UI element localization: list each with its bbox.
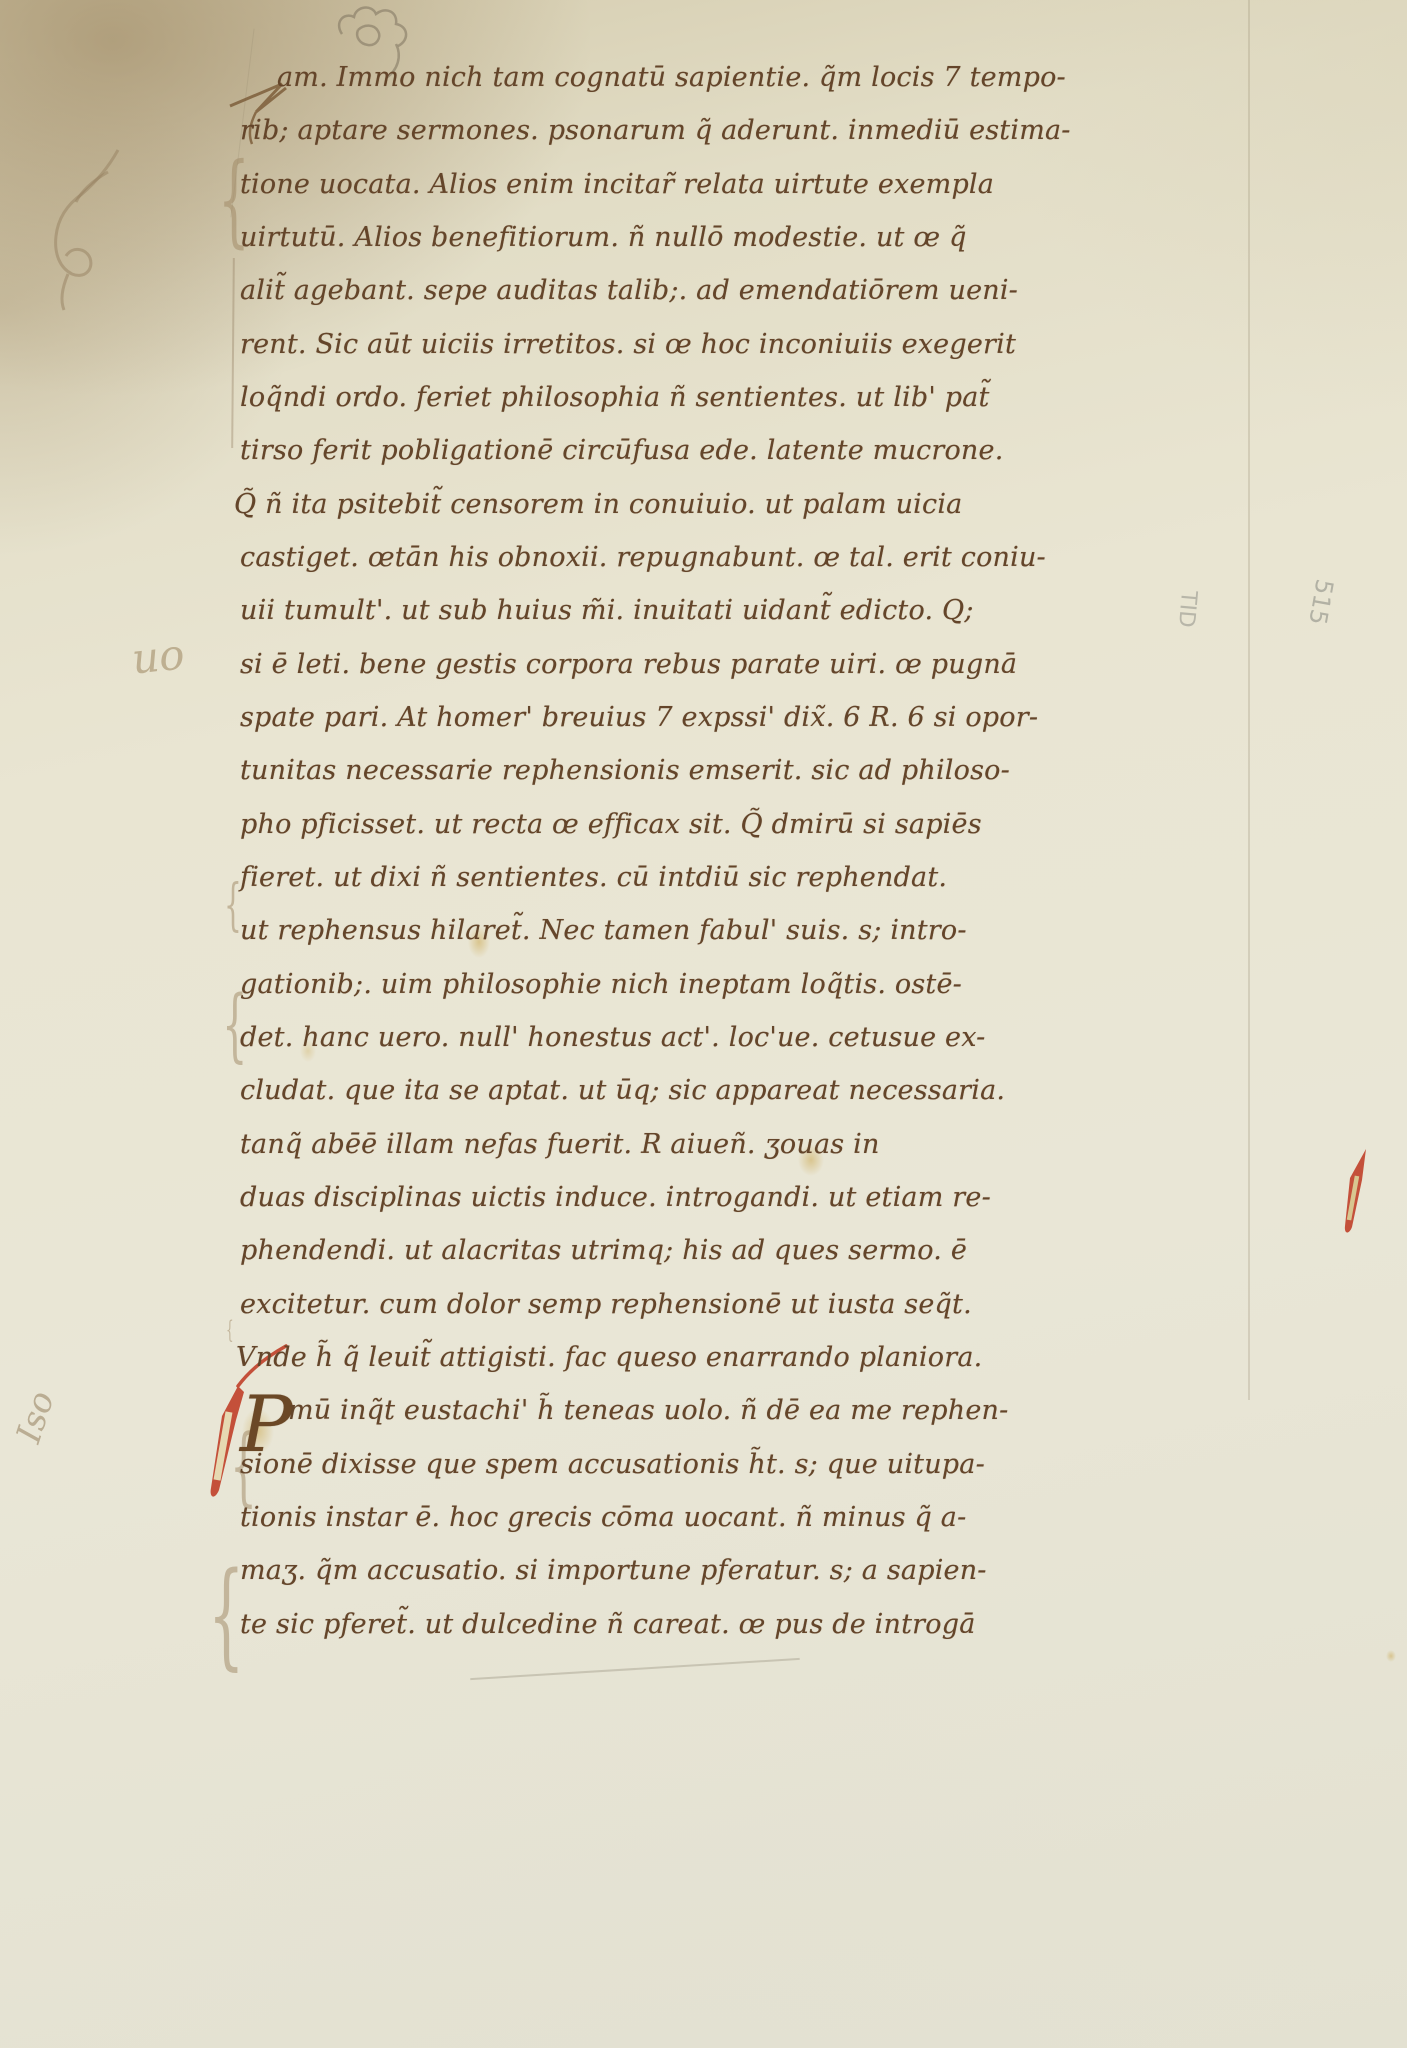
text-line: pho pficisset. ut recta œ efficax sit. Q…: [240, 811, 982, 838]
text-line: uirtutū. Alios benefitiorum. ñ nullō mod…: [240, 224, 967, 251]
text-line: excitetur. cum dolor semp rephensionē ut…: [240, 1291, 972, 1318]
pencil-note-inner: TID: [1174, 590, 1199, 629]
text-line: fieret. ut dixi ñ sentientes. cū intdiū …: [240, 864, 947, 891]
text-line: tirso ferit pobligationē circūfusa ede. …: [240, 437, 1003, 464]
red-paragraph-flag-right: [1340, 1146, 1370, 1241]
text-line: rib; aptare sermones. psonarum q̃ aderun…: [240, 117, 1071, 144]
text-line: uii tumult'. ut sub huius m̃i. inuitati …: [240, 597, 974, 624]
pencil-note-outer: 515: [1305, 577, 1337, 626]
text-line: maʒ. q̃m accusatio. si importune pferatu…: [240, 1557, 987, 1584]
text-line: ut rephensus hilaret̃. Nec tamen fabul' …: [240, 917, 967, 944]
text-line: rent. Sic aūt uiciis irretitos. si œ hoc…: [240, 331, 1016, 358]
text-line: am. Immo nich tam cognatū sapientie. q̃m…: [277, 64, 1066, 91]
left-margin-scribble: uo: [130, 633, 186, 680]
text-line: mū inq̃t eustachi' h̃ teneas uolo. ñ dē …: [288, 1397, 1008, 1424]
text-line: spate pari. At homer' breuius 7 expssi' …: [240, 704, 1038, 731]
text-line: te sic pferet̃. ut dulcedine ñ careat. œ…: [240, 1611, 976, 1638]
vertical-crease: [1248, 0, 1250, 1400]
text-line: sionē dixisse que spem accusationis h̃t.…: [240, 1451, 985, 1478]
text-line: Q̃ ñ ita psitebit̃ censorem in conuiuio.…: [234, 491, 962, 518]
text-line: gationib;. uim philosophie nich ineptam …: [240, 971, 962, 998]
text-line: si ē leti. bene gestis corpora rebus par…: [240, 651, 1017, 678]
text-line: phendendi. ut alacritas utrimq; his ad q…: [240, 1237, 967, 1264]
text-line: tione uocata. Alios enim incitar̃ relata…: [240, 171, 994, 198]
ink-stain: [1386, 1650, 1396, 1662]
text-line: duas disciplinas uictis induce. introgan…: [240, 1184, 991, 1211]
text-line: tunitas necessarie rephensionis emserit.…: [240, 757, 1010, 784]
manuscript-page: { { { { { { uo Iso TID 515 P am. Immo ni…: [0, 0, 1407, 2048]
bottom-left-scribble: Iso: [12, 1387, 60, 1446]
text-line: det. hanc uero. null' honestus act'. loc…: [240, 1024, 986, 1051]
text-line: loq̃ndi ordo. feriet philosophia ñ senti…: [240, 384, 990, 411]
bottom-pencil-line: [470, 1658, 800, 1680]
margin-stroke: [231, 258, 235, 448]
text-line: alit̃ agebant. sepe auditas talib;. ad e…: [240, 277, 1018, 304]
text-line: Vnde h̃ q̃ leuit̃ attigisti. fac queso e…: [236, 1344, 982, 1371]
margin-brace: {: [226, 1318, 234, 1342]
text-line: tanq̃ abēē illam nefas fuerit. R aiueñ. …: [240, 1131, 880, 1158]
text-line: tionis instar ē. hoc grecis cōma uocant.…: [240, 1504, 966, 1531]
hand-doodle: [38, 142, 133, 312]
text-line: cludat. que ita se aptat. ut ūq; sic app…: [240, 1077, 1005, 1104]
text-line: castiget. œtān his obnoxii. repugnabunt.…: [240, 544, 1046, 571]
